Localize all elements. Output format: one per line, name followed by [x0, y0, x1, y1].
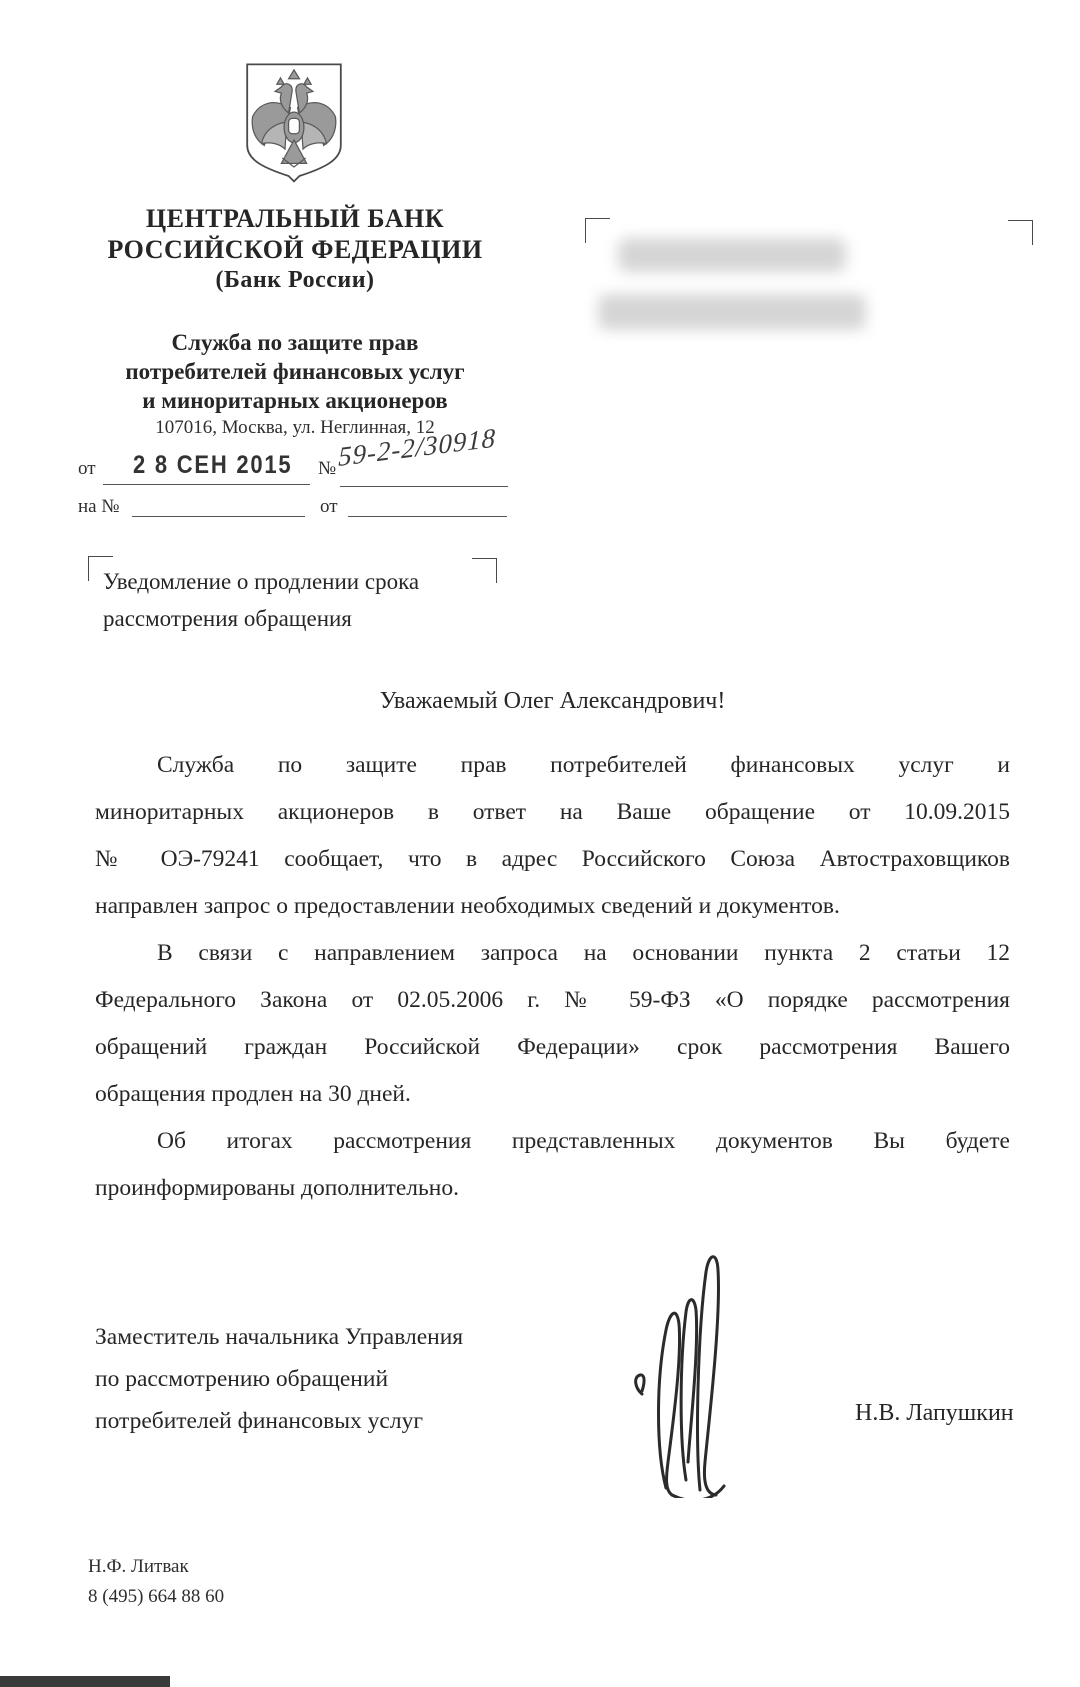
body-line: В связи с направлением запроса на основа… [95, 930, 1010, 977]
coat-of-arms-icon [240, 58, 348, 186]
signer-name: Н.В. Лапушкин [855, 1400, 1014, 1427]
body-line: миноритарных акционеров в ответ на Ваше … [95, 789, 1010, 836]
signer-title: Заместитель начальника Управления по рас… [95, 1316, 615, 1442]
org-name-line-2: РОССИЙСКОЙ ФЕДЕРАЦИИ [95, 234, 495, 265]
org-name: ЦЕНТРАЛЬНЫЙ БАНК РОССИЙСКОЙ ФЕДЕРАЦИИ (Б… [95, 203, 495, 296]
footer-contact-name: Н.Ф. Литвак [88, 1552, 224, 1582]
department-line-1: Служба по защите прав [95, 328, 495, 357]
signer-title-line-1: Заместитель начальника Управления [95, 1316, 615, 1358]
department-line-3: и миноритарных акционеров [95, 386, 495, 415]
org-name-line-1: ЦЕНТРАЛЬНЫЙ БАНК [95, 203, 495, 234]
signer-title-line-2: по рассмотрению обращений [95, 1358, 615, 1400]
redacted-recipient-line-2 [598, 294, 866, 330]
recipient-corner-topleft-icon [585, 218, 610, 243]
redacted-recipient-line-1 [618, 238, 846, 272]
body-line: обращений граждан Российской Федерации» … [95, 1024, 1010, 1071]
ref-underline-1 [132, 516, 305, 517]
date-stamp: 2 8 СЕН 2015 [133, 451, 292, 480]
body-line: № ОЭ-79241 сообщает, что в адрес Российс… [95, 836, 1010, 883]
department-line-2: потребителей финансовых услуг [95, 357, 495, 386]
recipient-corner-topright-icon [1008, 220, 1033, 245]
salutation: Уважаемый Олег Александрович! [95, 688, 1010, 715]
ref-underline-2 [348, 516, 507, 517]
number-label: № [318, 458, 336, 480]
ref-from-label: от [320, 496, 338, 518]
scan-artifact-bar [0, 1676, 170, 1687]
body-line: Служба по защите прав потребителей финан… [95, 742, 1010, 789]
ref-number-label: на № [78, 496, 119, 518]
letter-body: Служба по защите прав потребителей финан… [95, 742, 1010, 1212]
org-name-line-3: (Банк России) [95, 265, 495, 296]
footer-contact-phone: 8 (495) 664 88 60 [88, 1582, 224, 1612]
department-name: Служба по защите прав потребителей финан… [95, 328, 495, 415]
body-line: направлен запрос о предоставлении необхо… [95, 883, 1010, 930]
body-line: обращения продлен на 30 дней. [95, 1071, 1010, 1118]
body-line: Об итогах рассмотрения представленных до… [95, 1118, 1010, 1165]
subject-line-2: рассмотрения обращения [103, 600, 493, 637]
subject-line-1: Уведомление о продлении срока [103, 563, 493, 600]
body-line: Федерального Закона от 02.05.2006 г. № 5… [95, 977, 1010, 1024]
subject: Уведомление о продлении срока рассмотрен… [103, 563, 493, 637]
footer-contact: Н.Ф. Литвак 8 (495) 664 88 60 [88, 1552, 224, 1612]
handwritten-signature-icon [628, 1198, 758, 1498]
body-line: проинформированы дополнительно. [95, 1165, 1010, 1212]
signer-title-line-3: потребителей финансовых услуг [95, 1400, 615, 1442]
number-underline [340, 486, 508, 487]
scanned-letter-page: ЦЕНТРАЛЬНЫЙ БАНК РОССИЙСКОЙ ФЕДЕРАЦИИ (Б… [0, 0, 1080, 1687]
date-underline [103, 484, 310, 485]
date-from-label: от [78, 458, 96, 480]
